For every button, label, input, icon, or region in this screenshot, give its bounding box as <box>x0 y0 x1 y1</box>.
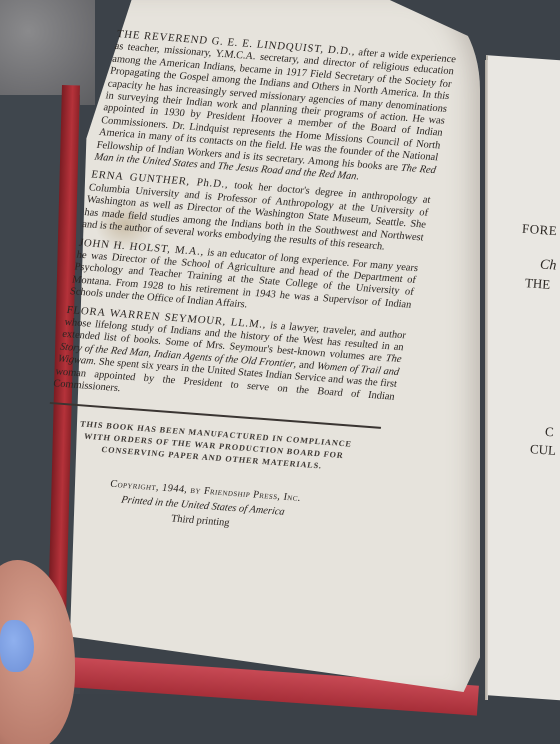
right-page-fragment-c: C <box>544 424 554 441</box>
right-page-fragment-cul: CUL <box>529 441 556 459</box>
book-gutter <box>485 60 488 700</box>
right-page-fragment-the: THE <box>524 275 550 293</box>
author-bio-lindquist: THE REVEREND G. E. E. LINDQUIST, D.D., a… <box>93 28 457 189</box>
right-page-fragment-fore: FORE <box>521 221 557 239</box>
right-page-fragment-ch: Ch <box>539 257 556 274</box>
background-blanket <box>0 0 95 105</box>
author-bio-seymour: FLORA WARREN SEYMOUR, LL.M., is a lawyer… <box>52 304 407 416</box>
right-page <box>486 55 560 701</box>
painted-fingernail <box>0 620 34 672</box>
